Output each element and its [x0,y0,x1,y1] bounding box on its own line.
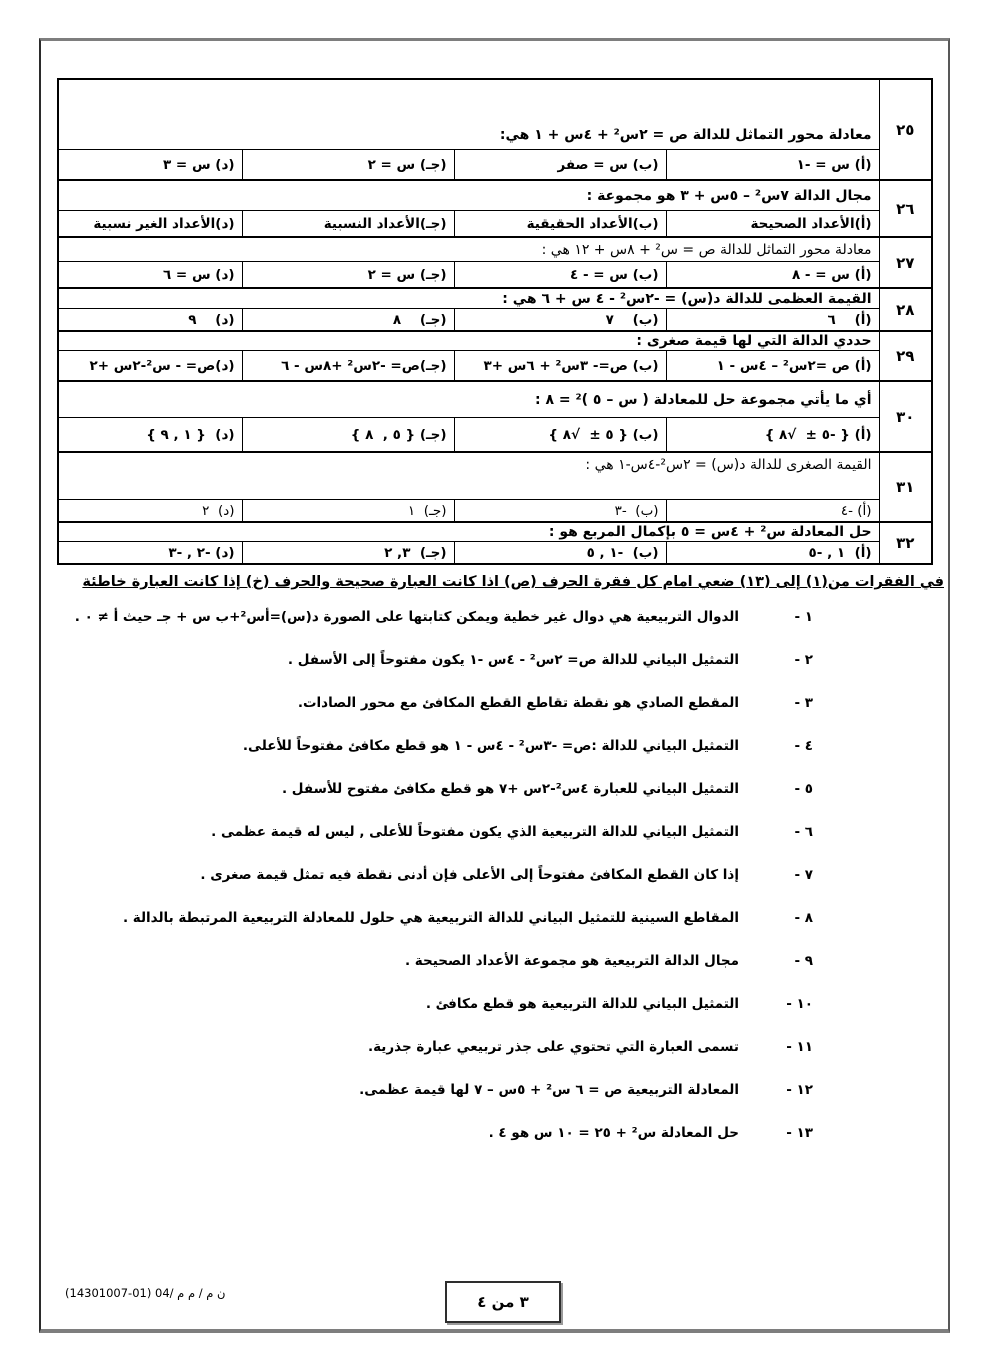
page-border-frame: ٢٥ معادلة محور التماثل للدالة ص = ٢س² + … [39,38,950,1333]
tf-item-1: ١ - الدوال التربيعية هي دوال غير خطية وي… [41,607,813,627]
question-25-option-d: (د) س = ٣ [58,150,242,181]
question-29-options: (أ) ص =٢س² – ٤س - ١ (ب) ص=- ٣س² + ٦س +٣ … [58,351,932,382]
question-27-option-c: (جـ) س = ٢ [242,262,454,289]
question-30-options: (أ) { -٥ ± √٨ } (ب) { ٥ ± √٨ } (جـ) { ٥ … [58,418,932,453]
question-27-row: ٢٧ معادلة محور التماثل للدالة ص = س² + ٨… [58,237,932,262]
question-31-option-c: (جـ) ١ [242,500,454,523]
question-31-option-d: (د) ٢ [58,500,242,523]
tf-item-4-text: التمثيل البياني للدالة :ص= -٣س² - ٤س - ١… [243,736,739,756]
question-25-option-a: (أ) س = -١ [666,150,879,181]
question-29-text: حددي الدالة التي لها قيمة صغرى : [58,331,879,351]
question-31-options: (أ) -٤ (ب) -٣ (جـ) ١ (د) ٢ [58,500,932,523]
tf-item-9: ٩ - مجال الدالة التربيعية هو مجموعة الأع… [41,951,813,971]
question-28-option-c: (جـ) ٨ [242,309,454,332]
tf-item-10-text: التمثيل البياني للدالة التربيعية هو قطع … [426,994,739,1014]
question-29-option-d: (د)ص= - س²-٢س +٢ [58,351,242,382]
question-25-text: معادلة محور التماثل للدالة ص = ٢س² + ٤س … [58,79,879,150]
tf-item-12-number: ١٢ - [777,1080,813,1100]
question-29-number: ٢٩ [879,331,932,381]
question-27-option-b: (ب) س = - ٤ [454,262,666,289]
tf-item-6-text: التمثيل البياني للدالة التربيعية الذي يك… [211,822,739,842]
tf-item-11: ١١ - تسمى العبارة التي تحتوي على جذر ترب… [41,1037,813,1057]
question-31-option-b: (ب) -٣ [454,500,666,523]
question-32-option-a: (أ) ١ , -٥ [666,542,879,565]
tf-item-12-text: المعادلة التربيعية ص = ٦ س² + ٥س – ٧ لها… [359,1080,739,1100]
question-32-text: حل المعادلة س² + ٤س = ٥ بإكمال المربع هو… [58,522,879,542]
tf-statement-list: ١ - الدوال التربيعية هي دوال غير خطية وي… [41,607,948,1143]
question-30-row: ٣٠ أي ما يأتي مجموعة حل للمعادلة ( س – ٥… [58,381,932,418]
question-31-row: ٣١ القيمة الصغرى للدالة د(س) = ٢س²-٤س-١ … [58,452,932,500]
question-30-option-d: (د) { ١ , ٩ } [58,418,242,453]
question-28-option-d: (د) ٩ [58,309,242,332]
tf-item-12: ١٢ - المعادلة التربيعية ص = ٦ س² + ٥س – … [41,1080,813,1100]
tf-item-7-number: ٧ - [777,865,813,885]
question-31-number: ٣١ [879,452,932,522]
page-number-box: ٣ من ٤ [445,1281,561,1323]
question-25-option-b: (ب) س = صفر [454,150,666,181]
question-27-text: معادلة محور التماثل للدالة ص = س² + ٨س +… [58,237,879,262]
question-26-row: ٢٦ مجال الدالة ٧س² – ٥س + ٣ هو مجموعة : [58,180,932,211]
question-32-row: ٣٢ حل المعادلة س² + ٤س = ٥ بإكمال المربع… [58,522,932,542]
question-26-text: مجال الدالة ٧س² – ٥س + ٣ هو مجموعة : [58,180,879,211]
tf-item-2-text: التمثيل البياني للدالة ص= ٢س² - ٤س -١ يك… [288,650,739,670]
tf-item-13-text: حل المعادلة س² + ٢٥ = ١٠ س هو ٤ . [489,1123,739,1143]
tf-item-7-text: إذا كان القطع المكافئ مفتوحاً إلى الأعلى… [200,865,739,885]
tf-item-5-number: ٥ - [777,779,813,799]
tf-item-6: ٦ - التمثيل البياني للدالة التربيعية الذ… [41,822,813,842]
question-26-option-b: (ب)الأعداد الحقيقية [454,211,666,238]
tf-item-2: ٢ - التمثيل البياني للدالة ص= ٢س² - ٤س -… [41,650,813,670]
question-26-number: ٢٦ [879,180,932,237]
question-31-option-a: (أ) -٤ [666,500,879,523]
question-31-text: القيمة الصغرى للدالة د(س) = ٢س²-٤س-١ هي … [58,452,879,500]
question-30-number: ٣٠ [879,381,932,452]
question-28-text: القيمة العظمى للدالة د(س) = -٢س² - ٤ س +… [58,288,879,309]
question-25-number: ٢٥ [879,79,932,180]
tf-item-10-number: ١٠ - [777,994,813,1014]
tf-item-8-number: ٨ - [777,908,813,928]
question-25-options: (أ) س = -١ (ب) س = صفر (جـ) س = ٢ (د) س … [58,150,932,181]
question-25-row: ٢٥ معادلة محور التماثل للدالة ص = ٢س² + … [58,79,932,150]
question-30-option-a: (أ) { -٥ ± √٨ } [666,418,879,453]
question-29-option-c: (جـ)ص= -٢س² +٨س - ٦ [242,351,454,382]
tf-section-header: في الفقرات من(١) إلى (١٣) ضعي امام كل فق… [47,574,944,590]
question-27-options: (أ) س = - ٨ (ب) س = - ٤ (جـ) س = ٢ (د) س… [58,262,932,289]
question-29-row: ٢٩ حددي الدالة التي لها قيمة صغرى : [58,331,932,351]
tf-item-9-number: ٩ - [777,951,813,971]
tf-item-1-text: الدوال التربيعية هي دوال غير خطية ويمكن … [75,607,739,627]
question-27-option-d: (د) س = ٦ [58,262,242,289]
question-27-number: ٢٧ [879,237,932,288]
question-26-option-a: (أ)الأعداد الصحيحة [666,211,879,238]
question-26-options: (أ)الأعداد الصحيحة (ب)الأعداد الحقيقية (… [58,211,932,238]
question-29-option-b: (ب) ص=- ٣س² + ٦س +٣ [454,351,666,382]
tf-item-8-text: المقاطع السينية للتمثيل البياني للدالة ا… [123,908,739,928]
question-30-option-c: (جـ) { ٥ , ٨ } [242,418,454,453]
tf-item-13-number: ١٣ - [777,1123,813,1143]
question-25-option-c: (جـ) س = ٢ [242,150,454,181]
question-30-option-b: (ب) { ٥ ± √٨ } [454,418,666,453]
tf-item-7: ٧ - إذا كان القطع المكافئ مفتوحاً إلى ال… [41,865,813,885]
question-30-text: أي ما يأتي مجموعة حل للمعادلة ( س – ٥ )²… [58,381,879,418]
question-26-option-d: (د)الأعداد الغير نسبية [58,211,242,238]
question-28-number: ٢٨ [879,288,932,331]
document-code: ن م / م م /04 (01-14301007) [65,1286,225,1300]
question-28-option-b: (ب) ٧ [454,309,666,332]
tf-item-13: ١٣ - حل المعادلة س² + ٢٥ = ١٠ س هو ٤ . [41,1123,813,1143]
question-32-options: (أ) ١ , -٥ (ب) -١ , ٥ (جـ) ٣, ٢ (د) -٢ ,… [58,542,932,565]
tf-item-9-text: مجال الدالة التربيعية هو مجموعة الأعداد … [405,951,739,971]
question-27-option-a: (أ) س = - ٨ [666,262,879,289]
tf-item-1-number: ١ - [777,607,813,627]
tf-item-6-number: ٦ - [777,822,813,842]
tf-item-4: ٤ - التمثيل البياني للدالة :ص= -٣س² - ٤س… [41,736,813,756]
mcq-table: ٢٥ معادلة محور التماثل للدالة ص = ٢س² + … [57,78,933,565]
tf-item-3: ٣ - المقطع الصادي هو نقطة تقاطع القطع ال… [41,693,813,713]
tf-item-5-text: التمثيل البياني للعبارة ٤س²-٢س +٧ هو قطع… [282,779,739,799]
tf-item-8: ٨ - المقاطع السينية للتمثيل البياني للدا… [41,908,813,928]
question-26-option-c: (جـ)الأعداد النسبية [242,211,454,238]
tf-item-5: ٥ - التمثيل البياني للعبارة ٤س²-٢س +٧ هو… [41,779,813,799]
tf-item-3-number: ٣ - [777,693,813,713]
question-32-option-b: (ب) -١ , ٥ [454,542,666,565]
question-28-options: (أ) ٦ (ب) ٧ (جـ) ٨ (د) ٩ [58,309,932,332]
question-28-option-a: (أ) ٦ [666,309,879,332]
question-32-number: ٣٢ [879,522,932,564]
question-32-option-c: (جـ) ٣, ٢ [242,542,454,565]
tf-item-11-number: ١١ - [777,1037,813,1057]
tf-item-11-text: تسمى العبارة التي تحتوي على جذر تربيعي ع… [368,1037,739,1057]
tf-item-2-number: ٢ - [777,650,813,670]
tf-item-3-text: المقطع الصادي هو نقطة تقاطع القطع المكاف… [298,693,739,713]
tf-item-10: ١٠ - التمثيل البياني للدالة التربيعية هو… [41,994,813,1014]
tf-item-4-number: ٤ - [777,736,813,756]
question-32-option-d: (د) -٢ , -٣ [58,542,242,565]
question-28-row: ٢٨ القيمة العظمى للدالة د(س) = -٢س² - ٤ … [58,288,932,309]
question-29-option-a: (أ) ص =٢س² – ٤س - ١ [666,351,879,382]
